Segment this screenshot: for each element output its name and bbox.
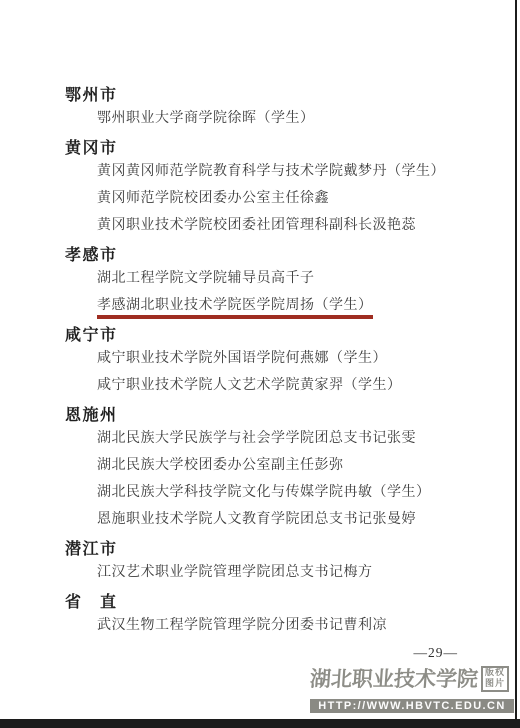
- scan-edge-right: [515, 0, 517, 719]
- roster-entry: 咸宁职业技术学院人文艺术学院黄家羿（学生）: [97, 378, 520, 394]
- roster-entry: 湖北工程学院文学院辅导员高千子: [97, 271, 520, 287]
- document-page: 鄂州市鄂州职业大学商学院徐晖（学生）黄冈市黄冈黄冈师范学院教育科学与技术学院戴梦…: [0, 0, 520, 728]
- city-heading: 孝感市: [65, 245, 520, 264]
- entry-text: 孝感湖北职业技术学院医学院周扬（学生）: [97, 298, 373, 319]
- roster-entry: 湖北民族大学校团委办公室副主任彭弥: [97, 458, 520, 474]
- roster-entry: 黄冈职业技术学院校团委社团管理科副科长汲艳蕊: [97, 218, 520, 234]
- entry-text: 黄冈职业技术学院校团委社团管理科副科长汲艳蕊: [97, 218, 416, 233]
- roster-entry: 黄冈师范学院校团委办公室主任徐鑫: [97, 191, 520, 207]
- entry-text: 武汉生物工程学院管理学院分团委书记曹利凉: [97, 618, 387, 633]
- entry-text: 江汉艺术职业学院管理学院团总支书记梅方: [97, 565, 373, 580]
- watermark-row: 湖北职业技术学院 版权 图片: [310, 664, 516, 696]
- roster-entry: 湖北民族大学科技学院文化与传媒学院冉敏（学生）: [97, 485, 520, 501]
- watermark-copyright-seal: 版权 图片: [481, 666, 509, 692]
- city-heading: 恩施州: [65, 405, 520, 424]
- city-heading: 咸宁市: [65, 325, 520, 344]
- roster-entry: 咸宁职业技术学院外国语学院何燕娜（学生）: [97, 351, 520, 367]
- seal-text-line2: 图片: [483, 679, 507, 690]
- city-heading: 鄂州市: [65, 85, 520, 104]
- entry-text: 黄冈师范学院校团委办公室主任徐鑫: [97, 191, 329, 206]
- roster-entry: 恩施职业技术学院人文教育学院团总支书记张曼婷: [97, 512, 520, 528]
- entry-text: 湖北民族大学民族学与社会学学院团总支书记张雯: [97, 431, 416, 446]
- roster-entry: 江汉艺术职业学院管理学院团总支书记梅方: [97, 565, 520, 581]
- entry-text: 咸宁职业技术学院外国语学院何燕娜（学生）: [97, 351, 387, 366]
- city-heading: 黄冈市: [65, 138, 520, 157]
- entry-text: 湖北工程学院文学院辅导员高千子: [97, 271, 315, 286]
- watermark: 湖北职业技术学院 版权 图片 HTTP://WWW.HBVTC.EDU.CN: [310, 664, 516, 713]
- roster-entry: 黄冈黄冈师范学院教育科学与技术学院戴梦丹（学生）: [97, 164, 520, 180]
- roster-list: 鄂州市鄂州职业大学商学院徐晖（学生）黄冈市黄冈黄冈师范学院教育科学与技术学院戴梦…: [0, 0, 520, 634]
- roster-entry-highlighted: 孝感湖北职业技术学院医学院周扬（学生）: [97, 298, 520, 319]
- roster-entry: 武汉生物工程学院管理学院分团委书记曹利凉: [97, 618, 520, 634]
- roster-entry: 鄂州职业大学商学院徐晖（学生）: [97, 111, 520, 127]
- entry-text: 湖北民族大学科技学院文化与传媒学院冉敏（学生）: [97, 485, 431, 500]
- roster-entry: 湖北民族大学民族学与社会学学院团总支书记张雯: [97, 431, 520, 447]
- page-number: —29—: [0, 645, 520, 661]
- entry-text: 咸宁职业技术学院人文艺术学院黄家羿（学生）: [97, 378, 402, 393]
- entry-text: 鄂州职业大学商学院徐晖（学生）: [97, 111, 315, 126]
- scan-edge-bottom: [0, 719, 520, 728]
- seal-text-line1: 版权: [483, 668, 507, 679]
- city-heading: 潜江市: [65, 539, 520, 558]
- entry-text: 湖北民族大学校团委办公室副主任彭弥: [97, 458, 344, 473]
- entry-text: 黄冈黄冈师范学院教育科学与技术学院戴梦丹（学生）: [97, 164, 445, 179]
- watermark-url: HTTP://WWW.HBVTC.EDU.CN: [310, 699, 514, 713]
- city-heading: 省 直: [65, 592, 520, 611]
- entry-text: 恩施职业技术学院人文教育学院团总支书记张曼婷: [97, 512, 416, 527]
- watermark-calligraphy-text: 湖北职业技术学院: [309, 664, 479, 694]
